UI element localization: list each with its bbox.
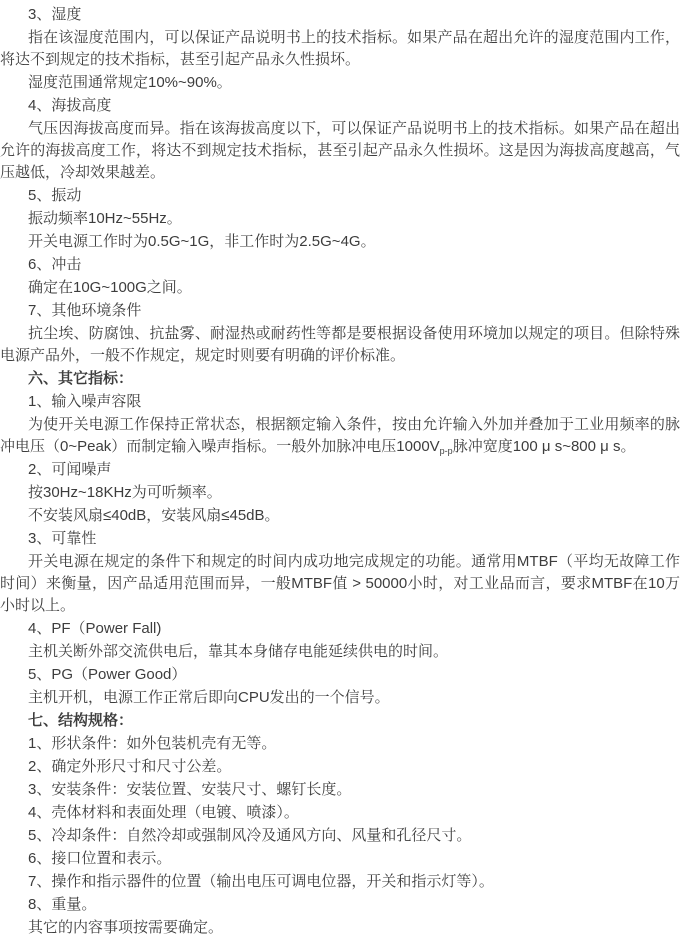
paragraph: 其它的内容事项按需要确定。 <box>0 917 680 939</box>
paragraph: 确定在10G~100G之间。 <box>0 277 680 299</box>
paragraph: 6、接口位置和表示。 <box>0 848 680 870</box>
paragraph: 7、其他环境条件 <box>0 300 680 322</box>
paragraph: 主机关断外部交流供电后，靠其本身储存电能延续供电的时间。 <box>0 641 680 663</box>
paragraph: 5、冷却条件：自然冷却或强制风冷及通风方向、风量和孔径尺寸。 <box>0 825 680 847</box>
paragraph: 5、振动 <box>0 185 680 207</box>
paragraph: 3、安装条件：安装位置、安装尺寸、螺钉长度。 <box>0 779 680 801</box>
paragraph: 不安装风扇≤40dB，安装风扇≤45dB。 <box>0 505 680 527</box>
subscript-text: p-p <box>440 446 453 456</box>
text-segment: 脉冲宽度100 μ s~800 μ s。 <box>453 438 636 455</box>
paragraph: 为使开关电源工作保持正常状态，根据额定输入条件，按由允许输入外加并叠加于工业用频… <box>0 414 680 458</box>
paragraph: 3、可靠性 <box>0 528 680 550</box>
section-heading: 七、结构规格： <box>0 710 680 732</box>
document-page: 3、湿度指在该湿度范围内，可以保证产品说明书上的技术指标。如果产品在超出允许的湿… <box>0 0 681 940</box>
paragraph: 振动频率10Hz~55Hz。 <box>0 208 680 230</box>
paragraph: 7、操作和指示器件的位置（输出电压可调电位器，开关和指示灯等）。 <box>0 871 680 893</box>
paragraph: 6、冲击 <box>0 254 680 276</box>
paragraph: 主机开机，电源工作正常后即向CPU发出的一个信号。 <box>0 687 680 709</box>
paragraph: 1、形状条件：如外包装机壳有无等。 <box>0 733 680 755</box>
section-heading: 六、其它指标： <box>0 368 680 390</box>
paragraph: 4、PF（Power Fall) <box>0 618 680 640</box>
paragraph: 开关电源工作时为0.5G~1G，非工作时为2.5G~4G。 <box>0 231 680 253</box>
paragraph: 湿度范围通常规定10%~90%。 <box>0 72 680 94</box>
paragraph: 指在该湿度范围内，可以保证产品说明书上的技术指标。如果产品在超出允许的湿度范围内… <box>0 27 680 71</box>
paragraph: 2、可闻噪声 <box>0 459 680 481</box>
paragraph: 8、重量。 <box>0 894 680 916</box>
document-body: 3、湿度指在该湿度范围内，可以保证产品说明书上的技术指标。如果产品在超出允许的湿… <box>0 4 680 939</box>
paragraph: 按30Hz~18KHz为可听频率。 <box>0 482 680 504</box>
paragraph: 开关电源在规定的条件下和规定的时间内成功地完成规定的功能。通常用MTBF（平均无… <box>0 551 680 617</box>
paragraph: 1、输入噪声容限 <box>0 391 680 413</box>
paragraph: 2、确定外形尺寸和尺寸公差。 <box>0 756 680 778</box>
paragraph: 3、湿度 <box>0 4 680 26</box>
paragraph: 5、PG（Power Good） <box>0 664 680 686</box>
paragraph: 气压因海拔高度而异。指在该海拔高度以下，可以保证产品说明书上的技术指标。如果产品… <box>0 118 680 184</box>
paragraph: 4、壳体材料和表面处理（电镀、喷漆）。 <box>0 802 680 824</box>
paragraph: 抗尘埃、防腐蚀、抗盐雾、耐湿热或耐药性等都是要根据设备使用环境加以规定的项目。但… <box>0 323 680 367</box>
paragraph: 4、海拔高度 <box>0 95 680 117</box>
